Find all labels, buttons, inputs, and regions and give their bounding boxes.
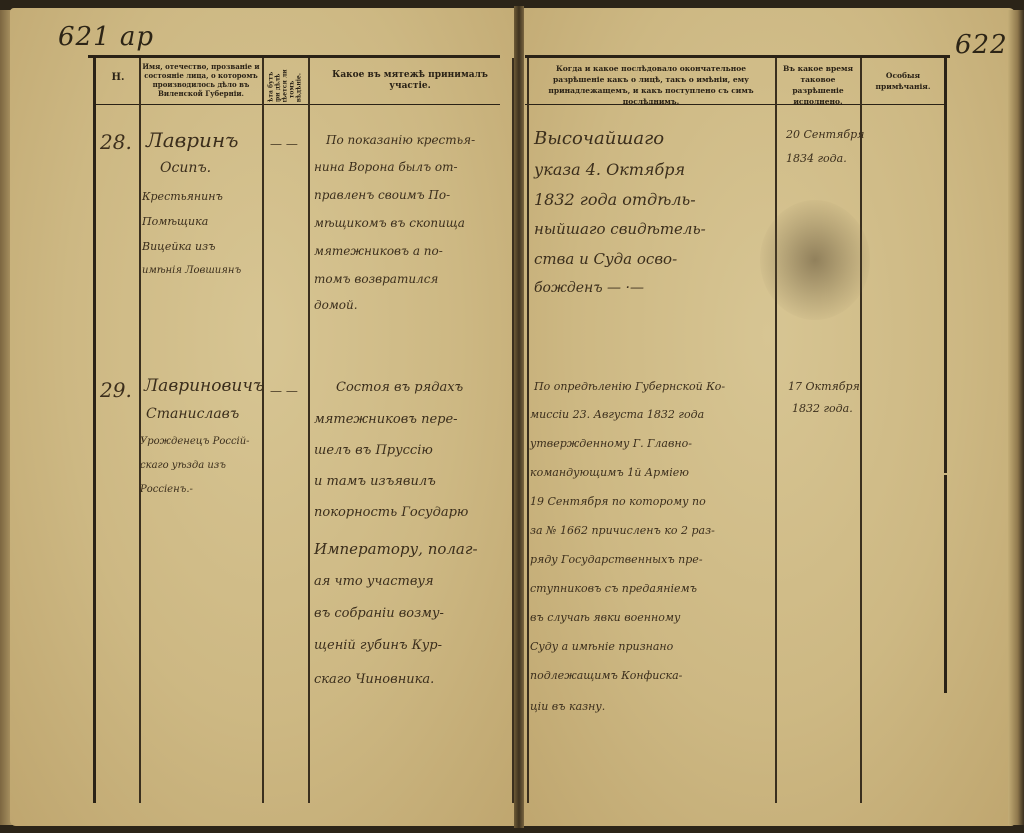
ledger-spread: 621 ap Н. Имя, отечество, прозваніе и со… (0, 0, 1024, 833)
participation-line: щеній губинъ Кур- (314, 638, 442, 653)
header-rotated-text: Лѣта бутъ при дѣлѣ имѣется ли томъ свѣдѣ… (268, 69, 303, 103)
participation-line: По показанію крестья- (326, 133, 475, 147)
name-line: Россіенъ.- (140, 484, 193, 495)
name-line: Лавриновичъ (144, 376, 264, 396)
resolution-line: ступниковъ съ предаяніемъ (530, 582, 697, 595)
resolution-line: указа 4. Октября (534, 160, 685, 179)
participation-line: покорность Государю (314, 505, 468, 520)
left-outer-border (93, 58, 96, 803)
participation-line: мѣщикомъ въ скопища (314, 216, 465, 230)
participation-line: нина Ворона былъ от- (314, 160, 458, 174)
col-divider (527, 58, 529, 803)
executed-line: 1832 года. (792, 402, 853, 415)
participation-line: скаго Чиновника. (314, 672, 434, 687)
right-outer-border (944, 475, 947, 693)
resolution-line: ства и Суда осво- (534, 250, 677, 268)
resolution-line: 19 Сентября по которому по (530, 495, 706, 508)
name-line: Крестьянинъ (142, 190, 223, 203)
participation-line: домой. (314, 298, 358, 312)
resolution-line: подлежащимъ Конфиска- (530, 669, 682, 682)
participation-line: правленъ своимъ По- (314, 188, 450, 202)
participation-line: въ собраніи возму- (314, 606, 444, 621)
resolution-line: въ случаѣ явки военному (530, 611, 680, 624)
ink-stain (760, 200, 870, 320)
name-line: имѣнія Ловшиянъ (142, 265, 241, 276)
executed-line: 1834 года. (786, 152, 847, 165)
col-divider (139, 58, 141, 803)
resolution-line: божденъ — ·— (534, 280, 644, 296)
participation-line: мятежниковъ а по- (314, 244, 443, 258)
age-mark: — — (270, 137, 298, 151)
col-divider (262, 58, 264, 803)
resolution-line: Высочайшаго (534, 128, 664, 149)
participation-line: томъ возвратился (314, 272, 438, 286)
entry-number: 28. (100, 130, 132, 154)
name-line: Помѣщика (142, 215, 208, 228)
header-rotated-age: Лѣта бутъ при дѣлѣ имѣется ли томъ свѣдѣ… (264, 60, 306, 102)
resolution-line: за № 1662 причисленъ ко 2 раз- (530, 524, 715, 537)
book-edge-right (1008, 10, 1024, 825)
participation-line: Императору, полаг- (314, 540, 478, 558)
col-divider (775, 58, 777, 803)
resolution-line: миссіи 23. Августа 1832 года (530, 408, 704, 421)
name-line: Лавринъ (146, 128, 238, 152)
entry-number: 29. (100, 378, 132, 402)
resolution-line: ціи въ казну. (530, 700, 605, 713)
header-number: Н. (100, 72, 136, 83)
right-page-number: 622 (955, 30, 1008, 60)
executed-line: 20 Сентября (786, 128, 864, 141)
participation-line: мятежниковъ пере- (314, 412, 458, 427)
participation-line: и тамъ изъявилъ (314, 474, 436, 489)
participation-line: ая что участвуя (314, 574, 434, 589)
name-line: Урожденецъ Россій- (140, 436, 250, 447)
resolution-line: По опредѣленію Губернской Ко- (534, 380, 725, 393)
participation-line: шелъ въ Пруссію (314, 443, 433, 458)
name-line: скаго уѣзда изъ (140, 460, 226, 471)
right-header-top-rule (525, 55, 950, 58)
age-mark: — — (270, 384, 298, 398)
header-name: Имя, отечество, прозваніе и состояніе ли… (142, 62, 260, 98)
header-executed: Въ какое время таковое разрѣшеніе исполн… (778, 63, 858, 107)
resolution-line: ныйшаго свидѣтель- (534, 220, 706, 238)
name-line: Станиславъ (146, 406, 239, 422)
right-outer-border (944, 58, 947, 473)
book-spine (514, 6, 524, 828)
col-divider (860, 58, 862, 803)
resolution-line: командующимъ 1й Арміею (530, 466, 689, 479)
resolution-line: утвержденному Г. Главно- (530, 437, 692, 450)
resolution-line: Суду а имѣніе признано (530, 640, 673, 653)
left-header-top-rule (88, 55, 500, 58)
left-header-bottom-rule (94, 104, 500, 105)
name-line: Осипъ. (160, 160, 211, 176)
header-resolution: Когда и какое послѣдовало окончательное … (530, 63, 772, 107)
participation-line: Состоя въ рядахъ (336, 380, 463, 395)
col-divider (308, 58, 310, 803)
header-participation: Какое въ мятежѣ принималъ участіе. (312, 70, 508, 92)
executed-line: 17 Октября (788, 380, 860, 393)
resolution-line: ряду Государственныхъ пре- (530, 553, 703, 566)
name-line: Вицейка изъ (142, 240, 215, 253)
header-notes: Особыя примѣчанія. (863, 70, 943, 92)
left-page-number: 621 ap (58, 22, 154, 52)
resolution-line: 1832 года отдѣль- (534, 190, 696, 209)
